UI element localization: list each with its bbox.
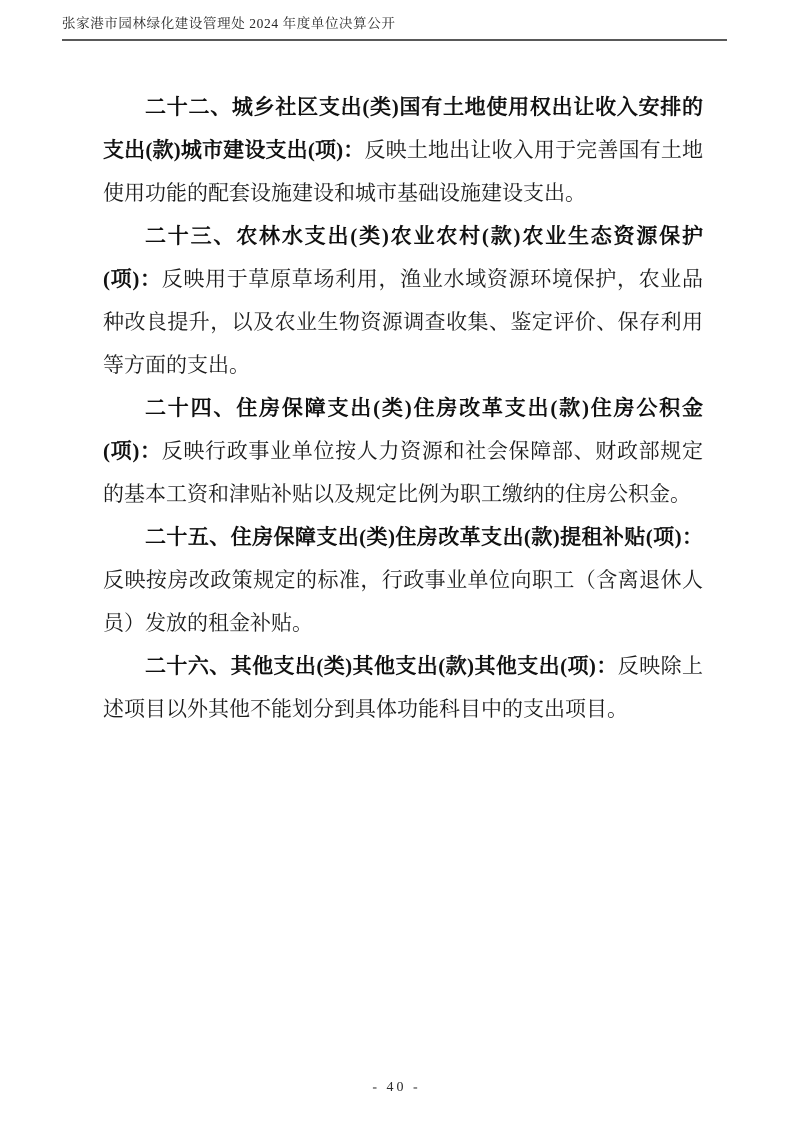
header-title: 张家港市园林绿化建设管理处 2024 年度单位决算公开 <box>62 12 727 41</box>
paragraph-item-24: 二十四、住房保障支出(类)住房改革支出(款)住房公积金(项)：反映行政事业单位按… <box>103 387 703 516</box>
document-header: 张家港市园林绿化建设管理处 2024 年度单位决算公开 <box>62 12 727 41</box>
paragraph-25-lead: 二十五、住房保障支出(类)住房改革支出(款)提租补贴(项)： <box>145 525 703 549</box>
document-page: 张家港市园林绿化建设管理处 2024 年度单位决算公开 二十二、城乡社区支出(类… <box>0 0 793 1122</box>
paragraph-23-text: 反映用于草原草场利用，渔业水域资源环境保护，农业品种改良提升，以及农业生物资源调… <box>103 267 703 377</box>
paragraph-item-23: 二十三、农林水支出(类)农业农村(款)农业生态资源保护(项)：反映用于草原草场利… <box>103 215 703 387</box>
paragraph-item-25: 二十五、住房保障支出(类)住房改革支出(款)提租补贴(项)：反映按房改政策规定的… <box>103 516 703 645</box>
paragraph-item-26: 二十六、其他支出(类)其他支出(款)其他支出(项)：反映除上述项目以外其他不能划… <box>103 645 703 731</box>
paragraph-item-22: 二十二、城乡社区支出(类)国有土地使用权出让收入安排的支出(款)城市建设支出(项… <box>103 86 703 215</box>
paragraph-25-text: 反映按房改政策规定的标准，行政事业单位向职工（含离退休人员）发放的租金补贴。 <box>103 568 703 635</box>
paragraph-24-text: 反映行政事业单位按人力资源和社会保障部、财政部规定的基本工资和津贴补贴以及规定比… <box>103 439 703 506</box>
page-number: - 40 - <box>372 1080 420 1095</box>
document-body: 二十二、城乡社区支出(类)国有土地使用权出让收入安排的支出(款)城市建设支出(项… <box>103 86 703 731</box>
paragraph-26-lead: 二十六、其他支出(类)其他支出(款)其他支出(项)： <box>145 654 618 678</box>
page-footer: - 40 - <box>0 1080 793 1096</box>
